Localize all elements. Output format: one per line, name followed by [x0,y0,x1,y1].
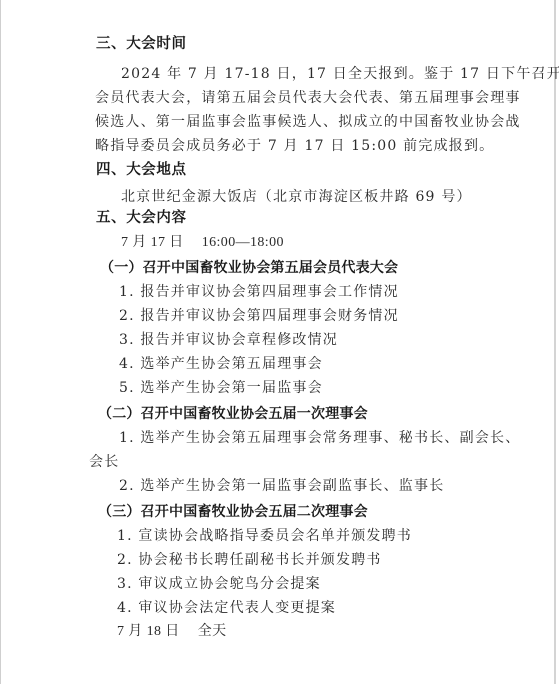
day1-time: 16:00—18:00 [202,235,284,250]
paragraph-line: 会员代表大会，请第五届会员代表大会代表、第五届理事会理事 [95,88,521,108]
section-heading-meeting-time: 三、大会时间 [96,34,187,54]
agenda-item: 2. 协会秘书长聘任副秘书长并颁发聘书 [117,550,382,570]
agenda-item: 1. 宣读协会战略指导委员会名单并颁发聘书 [117,526,412,546]
day2-schedule: 7 月 18 日全天 [117,622,227,642]
day1-date: 7 月 17 日 [121,235,184,250]
agenda-item: 3. 审议成立协会鸵鸟分会提案 [117,574,321,594]
paragraph-line: 候选人、第一届监事会监事候选人、拟成立的中国畜牧业协会战 [95,112,521,132]
day2-time: 全天 [198,624,227,639]
agenda-item: 2. 选举产生协会第一届监事会副监事长、监事长 [119,476,444,496]
paragraph-line: 略指导委员会成员务必于 7 月 17 日 15:00 前完成报到。 [95,136,494,156]
day2-date: 7 月 18 日 [117,624,180,639]
agenda-item: 3. 报告并审议协会章程修改情况 [119,330,338,350]
section-heading-agenda: 五、大会内容 [96,208,187,228]
agenda-item: 4. 选举产生协会第五届理事会 [119,354,323,374]
document-page: 三、大会时间 2024 年 7 月 17-18 日，17 日全天报到。鉴于 17… [0,0,556,684]
agenda-item: 4. 审议协会法定代表人变更提案 [117,598,336,618]
paragraph-line: 2024 年 7 月 17-18 日，17 日全天报到。鉴于 17 日下午召开 [121,64,559,84]
agenda-item: 1. 报告并审议协会第四届理事会工作情况 [119,282,399,302]
meeting-title-3: （三）召开中国畜牧业协会五届二次理事会 [98,502,368,522]
meeting-title-2: （二）召开中国畜牧业协会五届一次理事会 [98,404,368,424]
day1-schedule: 7 月 17 日16:00—18:00 [121,233,284,253]
agenda-item: 1. 选举产生协会第五届理事会常务理事、秘书长、副会长、 [119,428,520,448]
meeting-title-1: （一）召开中国畜牧业协会第五届会员代表大会 [100,258,398,278]
agenda-item: 2. 报告并审议协会第四届理事会财务情况 [119,306,399,326]
section-heading-venue: 四、大会地点 [96,160,187,180]
agenda-item: 5. 选举产生协会第一届监事会 [119,378,323,398]
agenda-item-continuation: 会长 [89,452,119,472]
venue-address: 北京世纪金源大饭店（北京市海淀区板井路 69 号） [121,187,472,207]
